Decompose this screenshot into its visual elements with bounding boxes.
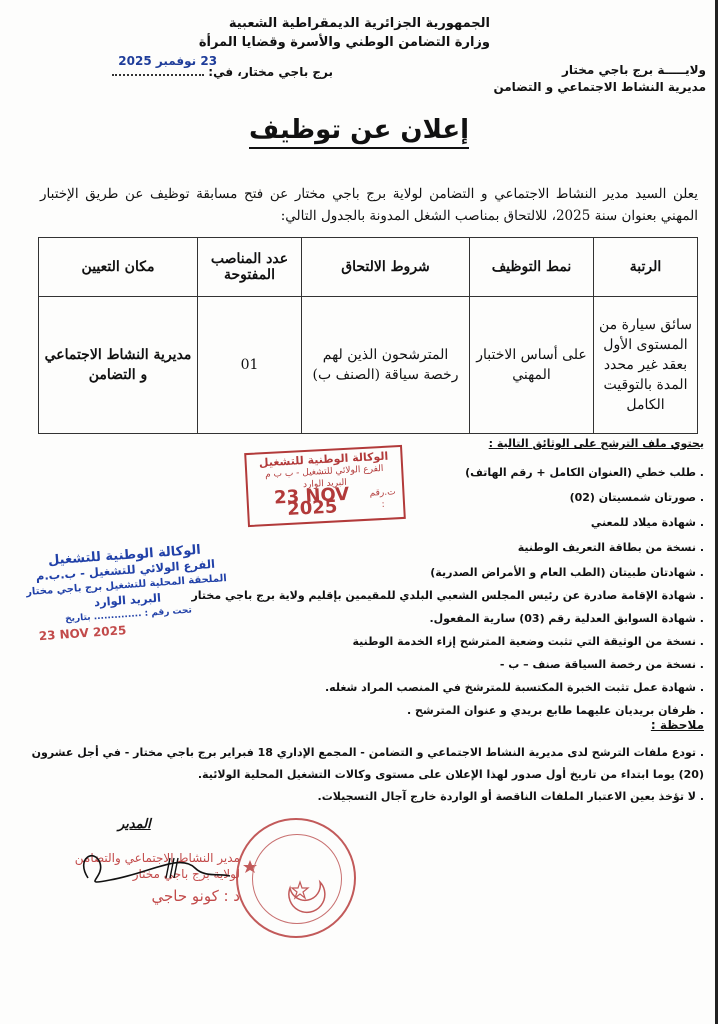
intro-paragraph: يعلن السيد مدير النشاط الاجتماعي و التضا… [40,183,698,227]
note-item: . لا تؤخذ بعين الاعتبار الملفات الناقصة … [24,786,704,808]
director-name: د : كونو حاجي [60,888,240,904]
list-item: . نسخة من الوثيقة التي تثبت وضعية المترش… [352,635,704,648]
cell-conditions: المترشحون الذين لهم رخصة سياقة (الصنف ب) [302,297,470,434]
page-title: إعلان عن توظيف [0,115,718,145]
received-stamp-blue: الوكالة الوطنية للتشغيل الفرع الولائي لل… [19,541,235,645]
list-item: . شهادتان طبيتان (الطب العام و الأمراض ا… [430,566,704,579]
jobs-table: الرتبة نمط التوظيف شروط الالتحاق عدد الم… [38,237,698,434]
list-item: . شهادة ميلاد للمعني [591,516,704,529]
list-item: . طلب خطي (العنوان الكامل + رقم الهاتف) [465,466,704,479]
list-item: . صورتان شمسيتان (02) [570,491,704,504]
col-recruitment-mode: نمط التوظيف [470,238,594,297]
cell-location: مديرية النشاط الاجتماعي و التضامن [39,297,198,434]
list-item: . شهادة عمل تثبت الخبرة المكتسبة للمترشخ… [325,681,704,694]
list-item: . نسخة من بطاقة التعريف الوطنية [518,541,704,554]
country-line: الجمهورية الجزائرية الديمقراطية الشعبية [250,14,490,33]
director-title: المدير [118,817,151,832]
place-date: برج باجي مختار، في: 23 نوفمبر 2025 [112,60,333,79]
date-handwritten: 23 نوفمبر 2025 [118,54,217,68]
col-conditions: شروط الالتحاق [302,238,470,297]
table-header-row: الرتبة نمط التوظيف شروط الالتحاق عدد الم… [39,238,698,297]
received-stamp-red: الوكالة الوطنية للتشغيل الفرع الولائي لل… [244,445,406,527]
list-item: . شهادة الإقامة صادرة عن رئيس المجلس الش… [191,589,704,602]
documents-heading: يحتوي ملف الترشح على الوثائق التالية : [489,437,704,450]
place-date-label: برج باجي مختار، في: [208,65,333,79]
star-crescent-icon [238,820,354,936]
stamp-date: 23 NOV 2025 [254,488,369,518]
table-row: سائق سيارة من المستوى الأول بعقد غير محد… [39,297,698,434]
document-page: الجمهورية الجزائرية الديمقراطية الشعبية … [0,0,718,1024]
stamp-ref-label: ت.رقم : [368,486,397,511]
notes-list: . تودع ملفات الترشح لدى مديرية النشاط ال… [24,742,704,808]
header-right: ولايـــــة برج باجي مختار مديرية النشاط … [493,62,706,96]
list-item: . ظرفان بريديان عليهما طابع بريدي و عنوا… [407,704,704,717]
note-item: . تودع ملفات الترشح لدى مديرية النشاط ال… [24,742,704,786]
cell-grade: سائق سيارة من المستوى الأول بعقد غير محد… [594,297,698,434]
header-center: الجمهورية الجزائرية الديمقراطية الشعبية … [250,14,490,52]
notes-heading: ملاحظة : [651,718,704,732]
cell-positions: 01 [198,297,302,434]
directorate-line: مديرية النشاط الاجتماعي و التضامن [493,79,706,96]
official-seal [236,818,356,938]
handwritten-signature [70,848,240,888]
wilaya-line: ولايـــــة برج باجي مختار [493,62,706,79]
cell-recruitment-mode: على أساس الاختبار المهني [470,297,594,434]
ministry-line: وزارة التضامن الوطني والأسرة وقضايا المر… [250,33,490,52]
col-grade: الرتبة [594,238,698,297]
list-item: . شهادة السوابق العدلية رقم (03) سارية ا… [429,612,704,625]
date-field: 23 نوفمبر 2025 [112,60,204,76]
list-item: . نسخة من رخصة السياقة صنف – ب - [500,658,704,671]
col-positions: عدد المناصب المفتوحة [198,238,302,297]
col-location: مكان التعيين [39,238,198,297]
